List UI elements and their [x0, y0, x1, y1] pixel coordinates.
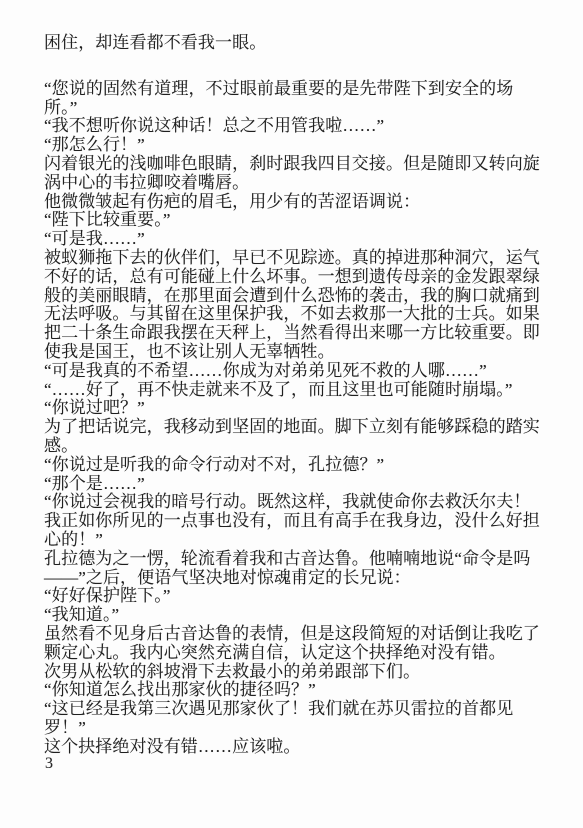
- page-text-column: 困住，却连看都不看我一眼。“您说的固然有道理，不过眼前最重要的是先带陛下到安全的…: [44, 34, 546, 756]
- text-line: 不好的话，总有可能碰上什么坏事。一想到遗传母亲的金发跟翠绿: [44, 268, 546, 287]
- text-line: 无法呼吸。与其留在这里保护我，不如去救那一大批的士兵。如果: [44, 305, 546, 324]
- text-line: “你说过吧？”: [44, 399, 546, 418]
- text-line: 颗定心丸。我内心突然充满自信，认定这个抉择绝对没有错。: [44, 644, 546, 663]
- text-line: 被蚁狮拖下去的伙伴们，早已不见踪迹。真的掉进那种洞穴，运气: [44, 249, 546, 268]
- document-page: 困住，却连看都不看我一眼。“您说的固然有道理，不过眼前最重要的是先带陛下到安全的…: [0, 0, 583, 828]
- text-line: 罗！”: [44, 719, 546, 738]
- blank-line: [44, 53, 546, 80]
- text-line: “可是我……”: [44, 230, 546, 249]
- text-line: 使我是国王，也不该让别人无辜牺牲。: [44, 343, 546, 362]
- text-line: “……好了，再不快走就来不及了，而且这里也可能随时崩塌。”: [44, 381, 546, 400]
- text-line: 他微微皱起有伤疤的眉毛，用少有的苦涩语调说：: [44, 193, 546, 212]
- text-line: “你知道怎么找出那家伙的捷径吗？”: [44, 681, 546, 700]
- text-line: “陛下比较重要。”: [44, 211, 546, 230]
- text-line: 涡中心的韦拉卿咬着嘴唇。: [44, 174, 546, 193]
- text-line: “我不想听你说这种话！总之不用管我啦……”: [44, 117, 546, 136]
- text-line: 所。”: [44, 99, 546, 118]
- text-line: 虽然看不见身后古音达鲁的表情，但是这段简短的对话倒让我吃了: [44, 625, 546, 644]
- text-line: 闪着银光的浅咖啡色眼睛，刹时跟我四目交接。但是随即又转向旋: [44, 155, 546, 174]
- text-line: “我知道。”: [44, 606, 546, 625]
- text-line: 次男从松软的斜坡滑下去救最小的弟弟跟部下们。: [44, 663, 546, 682]
- text-line: 把二十条生命跟我摆在天秤上，当然看得出来哪一方比较重要。即: [44, 324, 546, 343]
- text-line: 感。: [44, 437, 546, 456]
- text-line: 困住，却连看都不看我一眼。: [44, 34, 546, 53]
- text-line: 孔拉德为之一愣，轮流看着我和古音达鲁。他喃喃地说“命令是吗: [44, 550, 546, 569]
- text-line: “好好保护陛下。”: [44, 587, 546, 606]
- text-line: “可是我真的不希望……你成为对弟弟见死不救的人哪……”: [44, 362, 546, 381]
- text-line: “那个是……”: [44, 475, 546, 494]
- text-line: ——”之后，便语气坚决地对惊魂甫定的长兄说：: [44, 569, 546, 588]
- text-line: “这已经是我第三次遇见那家伙了！我们就在苏贝雷拉的首都见: [44, 700, 546, 719]
- text-line: “您说的固然有道理，不过眼前最重要的是先带陛下到安全的场: [44, 80, 546, 99]
- text-line: “你说过是听我的命令行动对不对，孔拉德？”: [44, 456, 546, 475]
- text-line: 为了把话说完，我移动到坚固的地面。脚下立刻有能够踩稳的踏实: [44, 418, 546, 437]
- text-line: 我正如你所见的一点事也没有，而且有高手在我身边，没什么好担: [44, 512, 546, 531]
- text-line: 这个抉择绝对没有错……应该啦。: [44, 738, 546, 757]
- text-line: 般的美丽眼睛，在那里面会遭到什么恐怖的袭击，我的胸口就痛到: [44, 287, 546, 306]
- page-number: 3: [45, 754, 53, 773]
- text-line: “那怎么行！”: [44, 136, 546, 155]
- text-line: “你说过会视我的暗号行动。既然这样，我就使命你去救沃尔夫！: [44, 493, 546, 512]
- text-line: 心的！”: [44, 531, 546, 550]
